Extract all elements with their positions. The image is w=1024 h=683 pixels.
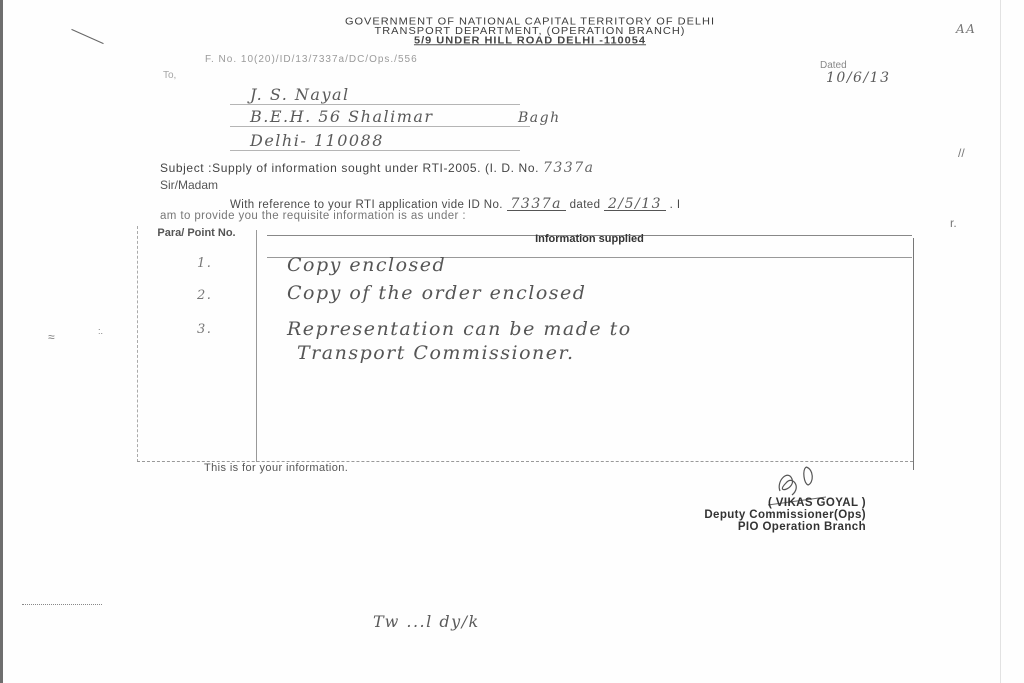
addressee-address-extra: Bagh — [518, 110, 561, 126]
dated-value: 10/6/13 — [826, 70, 890, 86]
table-row-2-num: 2. — [197, 288, 212, 303]
subject-line: Subject :Supply of information sought un… — [160, 160, 594, 176]
table-row-1-num: 1. — [197, 256, 212, 271]
application-id: 7337a — [507, 199, 566, 211]
signatory-office: PIO Operation Branch — [620, 521, 866, 533]
margin-mark: ≈ — [48, 330, 55, 344]
salutation: Sir/Madam — [160, 178, 218, 192]
information-table: Para/ Point No. Information supplied 1. … — [137, 226, 915, 470]
margin-mark: :. — [98, 326, 103, 336]
application-date: 2/5/13 — [604, 199, 666, 211]
header-information: Information supplied — [267, 233, 912, 245]
addressee-address: B.E.H. 56 Shalimar — [230, 108, 530, 127]
signatory-block: ( VIKAS GOYAL ) Deputy Commissioner(Ops)… — [620, 497, 866, 533]
table-border-left — [137, 226, 139, 462]
pen-mark — [71, 29, 103, 44]
letterhead-address: 5/9 UNDER HILL ROAD DELHI -110054 — [250, 36, 810, 46]
file-number: F. No. 10(20)/ID/13/7337a/DC/Ops./556 — [205, 54, 418, 65]
addressee-name: J. S. Nayal — [230, 86, 520, 105]
reference-paragraph: With reference to your RTI application v… — [160, 199, 680, 222]
signatory-name: ( VIKAS GOYAL ) — [620, 497, 866, 509]
margin-mark: // — [958, 146, 965, 160]
scanned-document: GOVERNMENT OF NATIONAL CAPITAL TERRITORY… — [0, 0, 1024, 683]
closing-note: This is for your information. — [204, 462, 348, 474]
margin-mark: r. — [950, 216, 957, 230]
subject-id-number: 7337a — [543, 160, 594, 176]
table-row-3-text: Representation can be made to — [287, 318, 632, 340]
table-row-3-num: 3. — [197, 322, 212, 337]
ref-suffix: . I — [670, 199, 681, 211]
page-fold-line — [1000, 0, 1001, 683]
table-border-right — [913, 238, 914, 470]
to-label: To, — [163, 70, 176, 81]
letterhead: GOVERNMENT OF NATIONAL CAPITAL TERRITORY… — [250, 17, 810, 46]
dated-word: dated — [570, 199, 601, 211]
margin-initials: AA — [956, 22, 976, 36]
addressee-city: Delhi- 110088 — [230, 132, 520, 151]
table-row-1-text: Copy enclosed — [287, 254, 446, 276]
dotted-mark — [22, 604, 102, 606]
scan-edge — [0, 0, 3, 683]
signatory-designation: Deputy Commissioner(Ops) — [620, 509, 866, 521]
table-row-3-text-2: Transport Commissioner. — [297, 342, 575, 364]
table-row-2-text: Copy of the order enclosed — [287, 282, 586, 304]
subject-text: Subject :Supply of information sought un… — [160, 161, 539, 175]
handwritten-note-bottom: Tw ...l dy/k — [373, 612, 480, 631]
ref-line-2: am to provide you the requisite informat… — [160, 211, 680, 222]
table-column-divider — [256, 230, 257, 462]
header-point-no: Para/ Point No. — [149, 228, 244, 239]
